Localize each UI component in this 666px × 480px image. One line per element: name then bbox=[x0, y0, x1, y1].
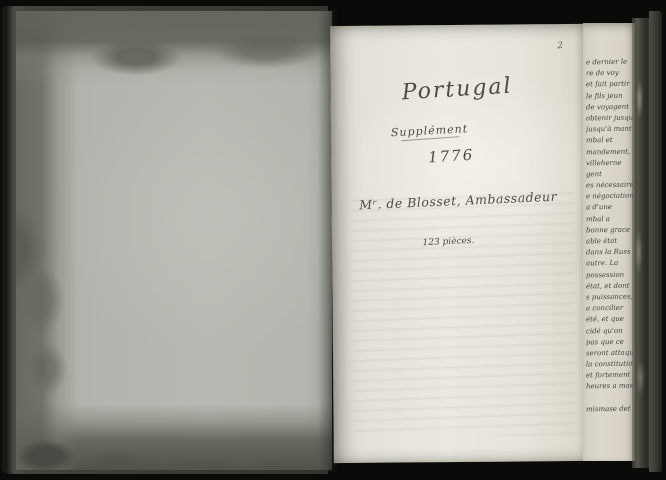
title-page: 2 Portugal Supplément 1776 Mʳ. de Blosse… bbox=[330, 24, 587, 463]
title-text: Portugal bbox=[330, 69, 584, 109]
handwriting-fragment: été, et que bbox=[586, 314, 633, 326]
year-text: 1776 bbox=[331, 140, 572, 173]
handwriting-fragment: gent bbox=[586, 168, 633, 180]
handwriting-fragment: possession bbox=[586, 269, 633, 281]
handwriting-fragment: bonne grace bbox=[586, 224, 633, 236]
handwriting-fragment: villeherne bbox=[586, 157, 633, 169]
handwriting-fragment: de voyagent bbox=[586, 101, 633, 113]
handwriting-fragment-column: e dernier lere de voyet fait partirle fi… bbox=[586, 57, 633, 415]
handwriting-fragment: mandement, bbox=[586, 146, 633, 158]
handwriting-fragment: seront attaqué bbox=[586, 347, 633, 359]
ambassador-text: Mʳ. de Blosset, Ambassadeur bbox=[331, 187, 584, 213]
handwriting-fragment: heures a mae bbox=[586, 381, 633, 393]
right-cover-edge bbox=[649, 11, 662, 472]
damp-stain-border bbox=[16, 11, 332, 470]
handwriting-fragment: pas que ce bbox=[586, 336, 633, 348]
handwriting-fragment: et fait partir bbox=[586, 79, 633, 91]
handwriting-fragment bbox=[586, 392, 633, 404]
handwriting-fragment: cidé qu'on bbox=[586, 325, 633, 337]
book-scan: 2 Portugal Supplément 1776 Mʳ. de Blosse… bbox=[0, 0, 666, 480]
next-page-edge: e dernier lere de voyet fait partirle fi… bbox=[583, 23, 635, 461]
handwriting-fragment: a d'une bbox=[586, 202, 633, 214]
handwriting-fragment: le fils jeun bbox=[586, 90, 633, 102]
handwriting-fragment: mbal et bbox=[586, 135, 633, 147]
handwriting-fragment: autre. La bbox=[586, 258, 633, 270]
left-endpaper-page bbox=[16, 11, 332, 470]
supplement-text: Supplément bbox=[331, 119, 528, 142]
handwriting-fragment: état, et dont bbox=[586, 280, 633, 292]
pieces-count-text: 123 pièces. bbox=[332, 232, 565, 252]
page-number: 2 bbox=[557, 41, 564, 51]
handwriting-fragment: mbal a bbox=[586, 213, 633, 225]
handwriting-fragment: mismase det bbox=[586, 403, 633, 415]
